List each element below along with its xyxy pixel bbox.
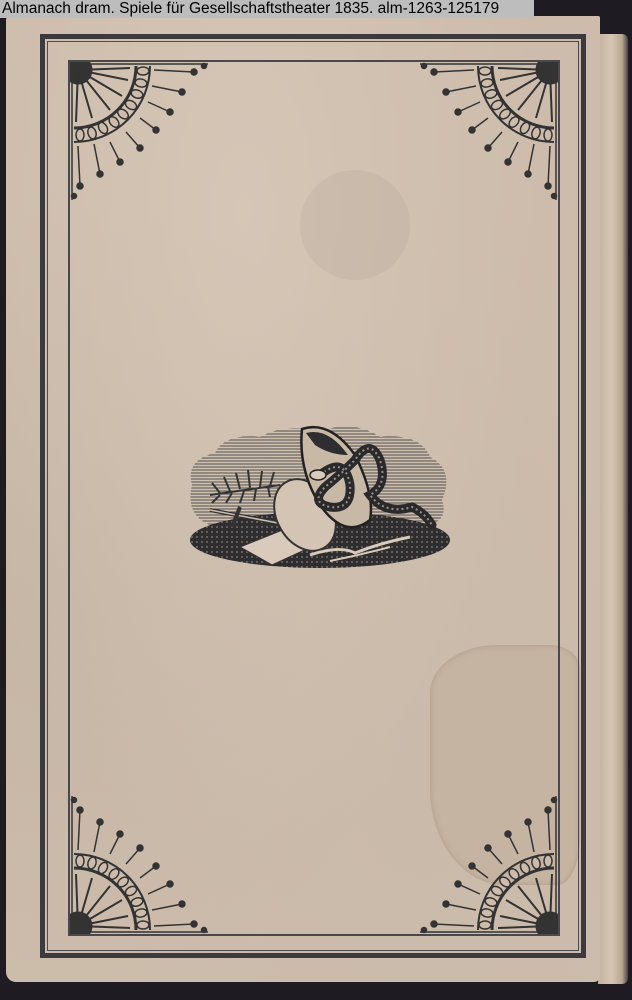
corner-ornament-bottom-right-icon bbox=[418, 794, 558, 934]
corner-ornament-top-right-icon bbox=[418, 62, 558, 202]
book-spine-edge bbox=[598, 34, 628, 984]
corner-ornament-bottom-left-icon bbox=[70, 794, 210, 934]
image-caption: Almanach dram. Spiele für Gesellschaftst… bbox=[0, 0, 534, 18]
corner-ornament-top-left-icon bbox=[70, 62, 210, 202]
central-vignette-emblem bbox=[180, 415, 460, 570]
